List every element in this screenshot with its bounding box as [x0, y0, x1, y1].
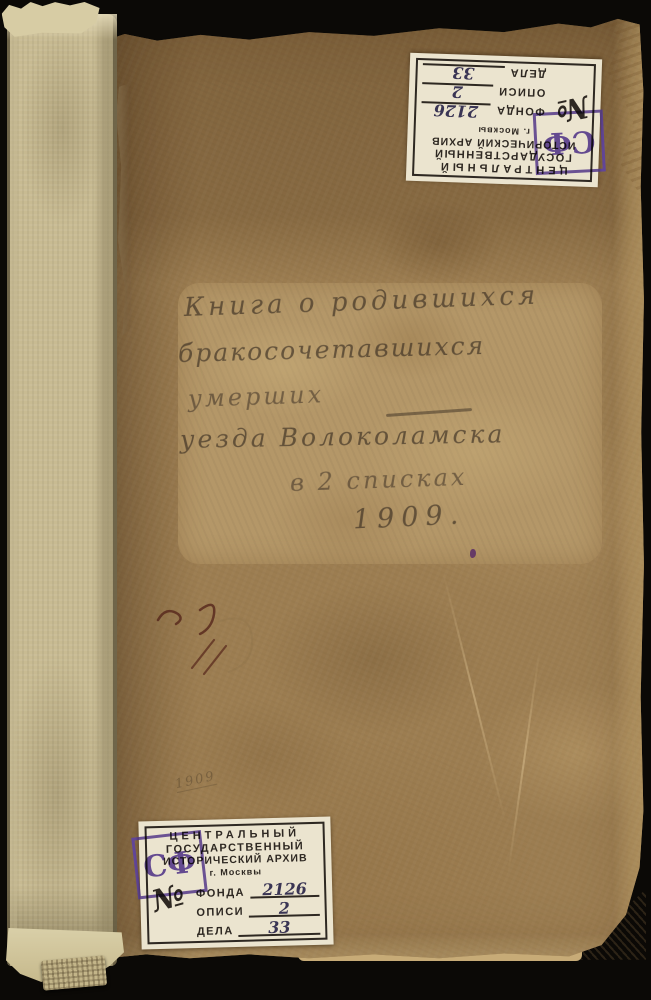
delo-number: 33 — [422, 63, 504, 81]
archive-label-bottom: ЦЕНТРАЛЬНЫЙ ГОСУДАРСТВЕННЫЙ ИСТОРИЧЕСКИЙ… — [138, 817, 333, 950]
fond-number: 2126 — [421, 101, 491, 118]
crease-line — [507, 647, 541, 875]
archival-book-cover-photo: Книга о родившихся бракосочетавшихся уме… — [0, 0, 651, 1000]
title-line: бракосочетавшихся — [178, 331, 486, 368]
ink-squiggle-marks — [148, 594, 278, 694]
title-line: в 2 списках — [290, 463, 468, 497]
title-line: Книга о родившихся — [183, 281, 539, 323]
label-row-delo: ДЕЛА 33 — [197, 916, 321, 938]
book-spine-cloth — [7, 14, 117, 966]
book-front-cover: Книга о родившихся бракосочетавшихся уме… — [103, 16, 645, 962]
title-year: 1909. — [352, 499, 466, 536]
title-line: уезда Волоколамска — [180, 419, 506, 454]
delo-number: 33 — [238, 920, 320, 937]
spine-weave-tab — [41, 955, 107, 990]
sf-ink-stamp: СФ — [533, 110, 606, 176]
handwritten-title-panel: Книга о родившихся бракосочетавшихся уме… — [178, 283, 602, 564]
opis-number: 2 — [422, 82, 493, 99]
sf-ink-stamp: СФ — [131, 830, 208, 900]
pen-flourish-dash — [386, 408, 472, 417]
pencil-year-note: 1909 — [174, 769, 218, 793]
crease-line — [442, 570, 507, 823]
title-line: умерших — [188, 380, 325, 413]
archive-label-top: ЦЕНТРАЛЬНЫЙ ГОСУДАРСТВЕННЫЙ ИСТОРИЧЕСКИЙ… — [406, 53, 602, 188]
ink-dot — [470, 549, 476, 558]
